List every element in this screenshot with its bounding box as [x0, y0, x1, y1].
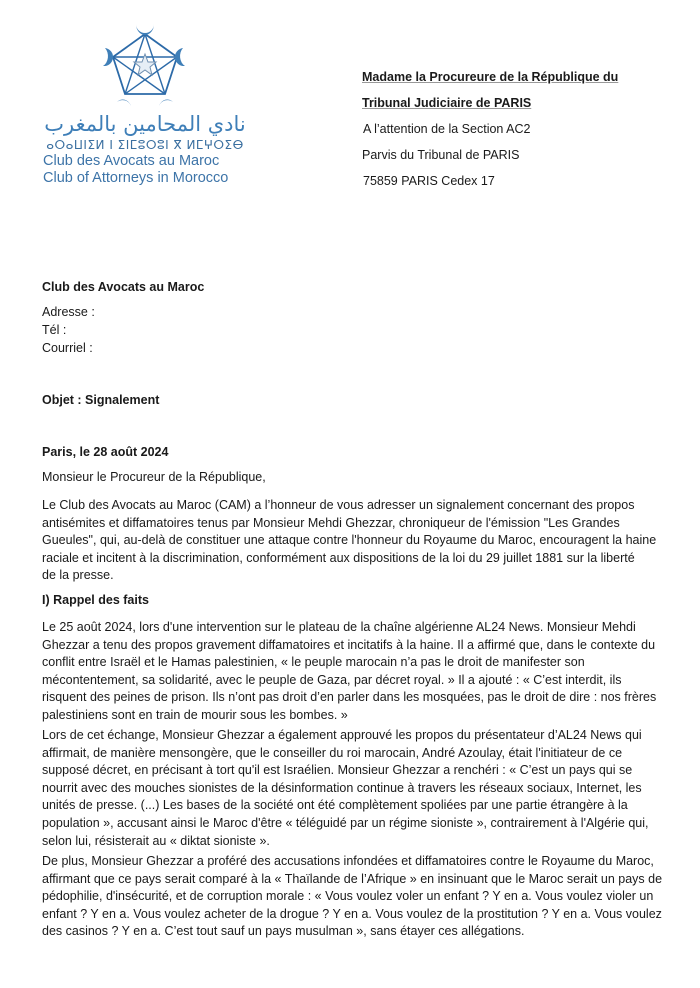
paragraph-line: De plus, Monsieur Ghezzar a proféré des … [42, 853, 682, 871]
paragraph-line: unités de presse. (...) Les bases de la … [42, 797, 682, 815]
paragraph-line: supposé décret, en précisant à tort qu'i… [42, 762, 682, 780]
intro-line: antisémites et diffamatoires tenus par M… [42, 515, 682, 533]
paragraph-line: pédophilie, d'insécurité, et de corrupti… [42, 888, 682, 906]
paragraph-line: nourrit avec des mouches sionistes de la… [42, 780, 682, 798]
recipient-postcode: 75859 PARIS Cedex 17 [362, 172, 682, 198]
section-heading-facts: I) Rappel des faits [42, 593, 149, 607]
facts-paragraph-1: Le 25 août 2024, lors d'une intervention… [42, 619, 682, 725]
five-crescent-star-emblem-icon [89, 20, 201, 110]
intro-line: Le Club des Avocats au Maroc (CAM) a l’h… [42, 497, 682, 515]
paragraph-line: selon lui, résisterait au « diktat sioni… [42, 833, 682, 851]
intro-line: Gueules", qui, au-delà de constituer une… [42, 532, 682, 550]
recipient-court: Tribunal Judiciaire de PARIS [362, 94, 682, 120]
paragraph-line: conflit entre Israël et le Hamas palesti… [42, 654, 682, 672]
paragraph-line: population », accusant ainsi le Maroc d'… [42, 815, 682, 833]
facts-paragraph-3: De plus, Monsieur Ghezzar a proféré des … [42, 853, 682, 941]
paragraph-line: mécontentement, sa solidarité, avec le p… [42, 672, 682, 690]
paragraph-line: affirmant que ce pays serait comparé à l… [42, 871, 682, 889]
logo-english-name: Club of Attorneys in Morocco [40, 170, 250, 187]
paragraph-line: affirmait, de manière mensongère, que le… [42, 745, 682, 763]
paragraph-line: enfant ? Y en a. Vous voulez acheter de … [42, 906, 682, 924]
letter-page: نادي المحامين بالمغرب ⴰⵔⴰⵡⵏⵉⵍ ⵏ ⵉⵏⵎⵓⵔⵓⵏ … [0, 0, 700, 988]
letter-date: Paris, le 28 août 2024 [42, 445, 168, 459]
club-logo: نادي المحامين بالمغرب ⴰⵔⴰⵡⵏⵉⵍ ⵏ ⵉⵏⵎⵓⵔⵓⵏ … [40, 20, 250, 187]
recipient-address-block: Madame la Procureure de la République du… [362, 68, 682, 198]
paragraph-line: Le 25 août 2024, lors d'une intervention… [42, 619, 682, 637]
sender-email-label: Courriel : [42, 339, 204, 357]
paragraph-line: des casinos ? Y en a. C’est tout sauf un… [42, 923, 682, 941]
intro-line: raciale et incitent à la discrimination,… [42, 550, 682, 568]
recipient-street: Parvis du Tribunal de PARIS [362, 146, 682, 172]
facts-paragraph-2: Lors de cet échange, Monsieur Ghezzar a … [42, 727, 682, 850]
letter-subject: Objet : Signalement [42, 393, 159, 407]
intro-line: de la presse. [42, 567, 682, 585]
intro-paragraph: Le Club des Avocats au Maroc (CAM) a l’h… [42, 497, 682, 585]
logo-arabic-name: نادي المحامين بالمغرب [40, 112, 250, 136]
sender-phone-label: Tél : [42, 321, 204, 339]
recipient-attention: A l’attention de la Section AC2 [362, 120, 682, 146]
sender-name: Club des Avocats au Maroc [42, 280, 204, 294]
paragraph-line: Lors de cet échange, Monsieur Ghezzar a … [42, 727, 682, 745]
logo-french-name: Club des Avocats au Maroc [40, 153, 250, 170]
letter-salutation: Monsieur le Procureur de la République, [42, 470, 266, 484]
paragraph-line: palestiniens sont en train de mourir sou… [42, 707, 682, 725]
paragraph-line: Ghezzar a tenu des propos gravement diff… [42, 637, 682, 655]
logo-tifinagh-name: ⴰⵔⴰⵡⵏⵉⵍ ⵏ ⵉⵏⵎⵓⵔⵓⵏ ⴳ ⵍⵎⵖⵔⵉⴱ [40, 138, 250, 153]
paragraph-line: risquent des peines de prison. Ils n’ont… [42, 689, 682, 707]
sender-address-label: Adresse : [42, 303, 204, 321]
recipient-title: Madame la Procureure de la République du [362, 68, 682, 94]
sender-block: Club des Avocats au Maroc Adresse : Tél … [42, 280, 204, 357]
